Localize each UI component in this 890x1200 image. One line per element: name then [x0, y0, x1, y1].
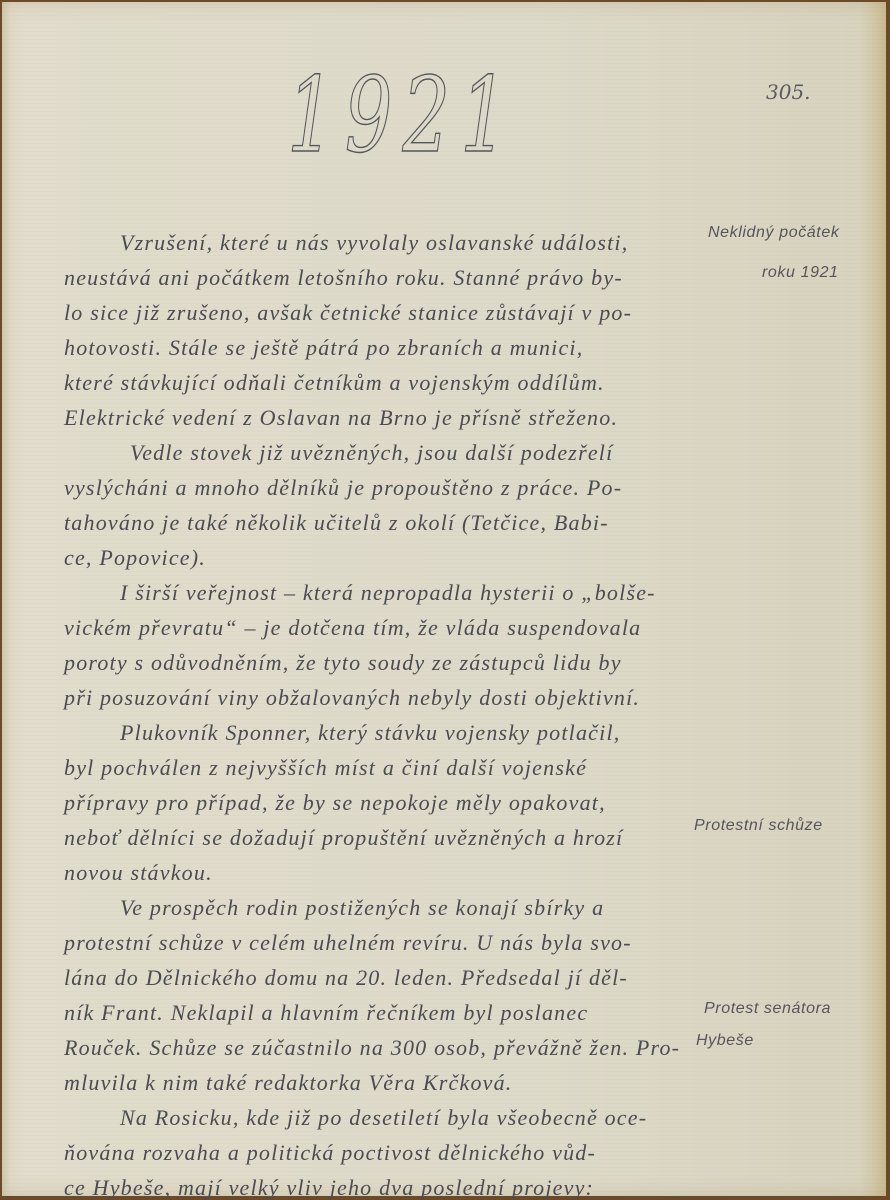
- text-line: byl pochválen z nejvyšších míst a činí d…: [64, 755, 587, 781]
- chronicle-page: 1921 305. Vzrušení, které u nás vyvolaly…: [2, 2, 886, 1196]
- text-line: Vzrušení, které u nás vyvolaly oslavansk…: [120, 230, 628, 256]
- margin-note: Hybeše: [696, 1032, 754, 1050]
- text-line: neustává ani počátkem letošního roku. St…: [64, 265, 623, 291]
- text-line: poroty s odůvodněním, že tyto soudy ze z…: [64, 650, 622, 676]
- text-line: novou stávkou.: [64, 860, 213, 886]
- text-line: tahováno je také několik učitelů z okolí…: [64, 510, 609, 536]
- text-line: ňována rozvaha a politická poctivost děl…: [64, 1140, 596, 1166]
- margin-note: Protestní schůze: [694, 817, 823, 835]
- margin-note: roku 1921: [762, 264, 839, 282]
- margin-note: Neklidný počátek: [708, 224, 839, 242]
- text-line: Rouček. Schůze se zúčastnilo na 300 osob…: [64, 1035, 680, 1061]
- text-line: Ve prospěch rodin postižených se konají …: [120, 895, 604, 921]
- text-line: při posuzování viny obžalovaných nebyly …: [64, 685, 640, 711]
- text-line: I širší veřejnost – která nepropadla hys…: [120, 580, 656, 606]
- text-line: vyslýcháni a mnoho dělníků je propouštěn…: [64, 475, 622, 501]
- text-line: Vedle stovek již uvězněných, jsou další …: [130, 440, 613, 466]
- text-line: přípravy pro případ, že by se nepokoje m…: [64, 790, 606, 816]
- text-line: Na Rosicku, kde již po desetiletí byla v…: [120, 1105, 647, 1131]
- year-heading: 1921: [287, 54, 518, 176]
- text-line: ník Frant. Neklapil a hlavním řečníkem b…: [64, 1000, 588, 1026]
- text-line: Elektrické vedení z Oslavan na Brno je p…: [64, 405, 618, 431]
- text-line: které stávkující odňali četníkům a vojen…: [64, 370, 605, 396]
- text-line: hotovosti. Stále se ještě pátrá po zbran…: [64, 335, 583, 361]
- text-line: lo sice již zrušeno, avšak četnické stan…: [64, 300, 632, 326]
- page-number: 305.: [766, 80, 811, 104]
- text-line: mluvila k nim také redaktorka Věra Krčko…: [64, 1070, 513, 1096]
- margin-note: Protest senátora: [704, 1000, 831, 1018]
- text-line: vickém převratu“ – je dotčena tím, že vl…: [64, 615, 641, 641]
- text-line: ce Hybeše, mají velký vliv jeho dva posl…: [64, 1175, 594, 1200]
- text-line: ce, Popovice).: [64, 545, 206, 571]
- text-line: Plukovník Sponner, který stávku vojensky…: [120, 720, 620, 746]
- text-line: protestní schůze v celém uhelném revíru.…: [64, 930, 632, 956]
- text-line: neboť dělníci se dožadují propuštění uvě…: [64, 825, 623, 851]
- text-line: lána do Dělnického domu na 20. leden. Př…: [64, 965, 628, 991]
